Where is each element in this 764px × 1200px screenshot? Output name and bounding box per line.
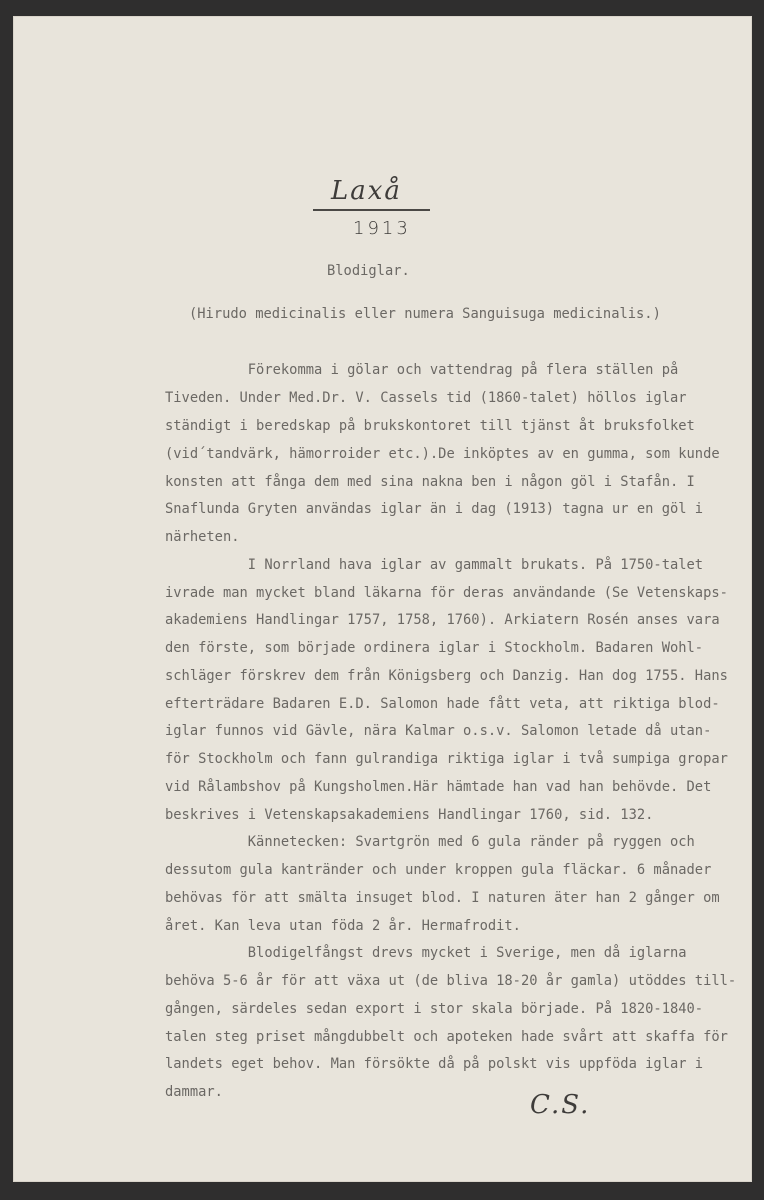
text-line: Kännetecken: Svartgrön med 6 gula ränder…	[165, 836, 695, 850]
handwritten-signature: C.S.	[530, 1090, 590, 1120]
text-line: dessutom gula kantränder och under kropp…	[165, 864, 711, 878]
text-line: dammar.	[165, 1086, 223, 1100]
text-line: behöva 5-6 år för att växa ut (de bliva …	[165, 975, 736, 989]
text-line: den förste, som började ordinera iglar i…	[165, 642, 703, 656]
text-line: Blodigelfångst drevs mycket i Sverige, m…	[165, 947, 687, 961]
text-line: Förekomma i gölar och vattendrag på fler…	[165, 364, 678, 378]
text-line: talen steg priset mångdubbelt och apotek…	[165, 1031, 728, 1045]
text-line: akademiens Handlingar 1757, 1758, 1760).…	[165, 614, 720, 628]
text-line: Snaflunda Gryten användas iglar än i dag…	[165, 503, 703, 517]
text-line: vid Rålambshov på Kungsholmen.Här hämtad…	[165, 781, 711, 795]
text-line: ivrade man mycket bland läkarna för dera…	[165, 587, 728, 601]
text-line: beskrives i Vetenskapsakademiens Handlin…	[165, 809, 653, 823]
text-line: konsten att fånga dem med sina nakna ben…	[165, 476, 695, 490]
subheading: (Hirudo medicinalis eller numera Sanguis…	[189, 308, 661, 322]
text-line: I Norrland hava iglar av gammalt brukats…	[165, 559, 703, 573]
text-line: schläger förskrev dem från Königsberg oc…	[165, 670, 728, 684]
text-line: iglar funnos vid Gävle, nära Kalmar o.s.…	[165, 725, 711, 739]
text-line: gången, särdeles sedan export i stor ska…	[165, 1003, 703, 1017]
heading: Blodiglar.	[327, 265, 410, 279]
text-line: landets eget behov. Man försökte då på p…	[165, 1058, 703, 1072]
text-line: efterträdare Badaren E.D. Salomon hade f…	[165, 698, 720, 712]
title-underline	[313, 209, 430, 211]
text-line: Tiveden. Under Med.Dr. V. Cassels tid (1…	[165, 392, 687, 406]
text-line: ständigt i beredskap på brukskontoret ti…	[165, 420, 695, 434]
text-line: året. Kan leva utan föda 2 år. Hermafrod…	[165, 920, 521, 934]
text-line: närheten.	[165, 531, 240, 545]
text-line: behövas för att smälta insuget blod. I n…	[165, 892, 720, 906]
handwritten-year: 1913	[353, 218, 411, 239]
handwritten-title: Laxå	[331, 176, 402, 206]
text-line: för Stockholm och fann gulrandiga riktig…	[165, 753, 728, 767]
text-line: (vid´tandvärk, hämorroider etc.).De inkö…	[165, 448, 720, 462]
